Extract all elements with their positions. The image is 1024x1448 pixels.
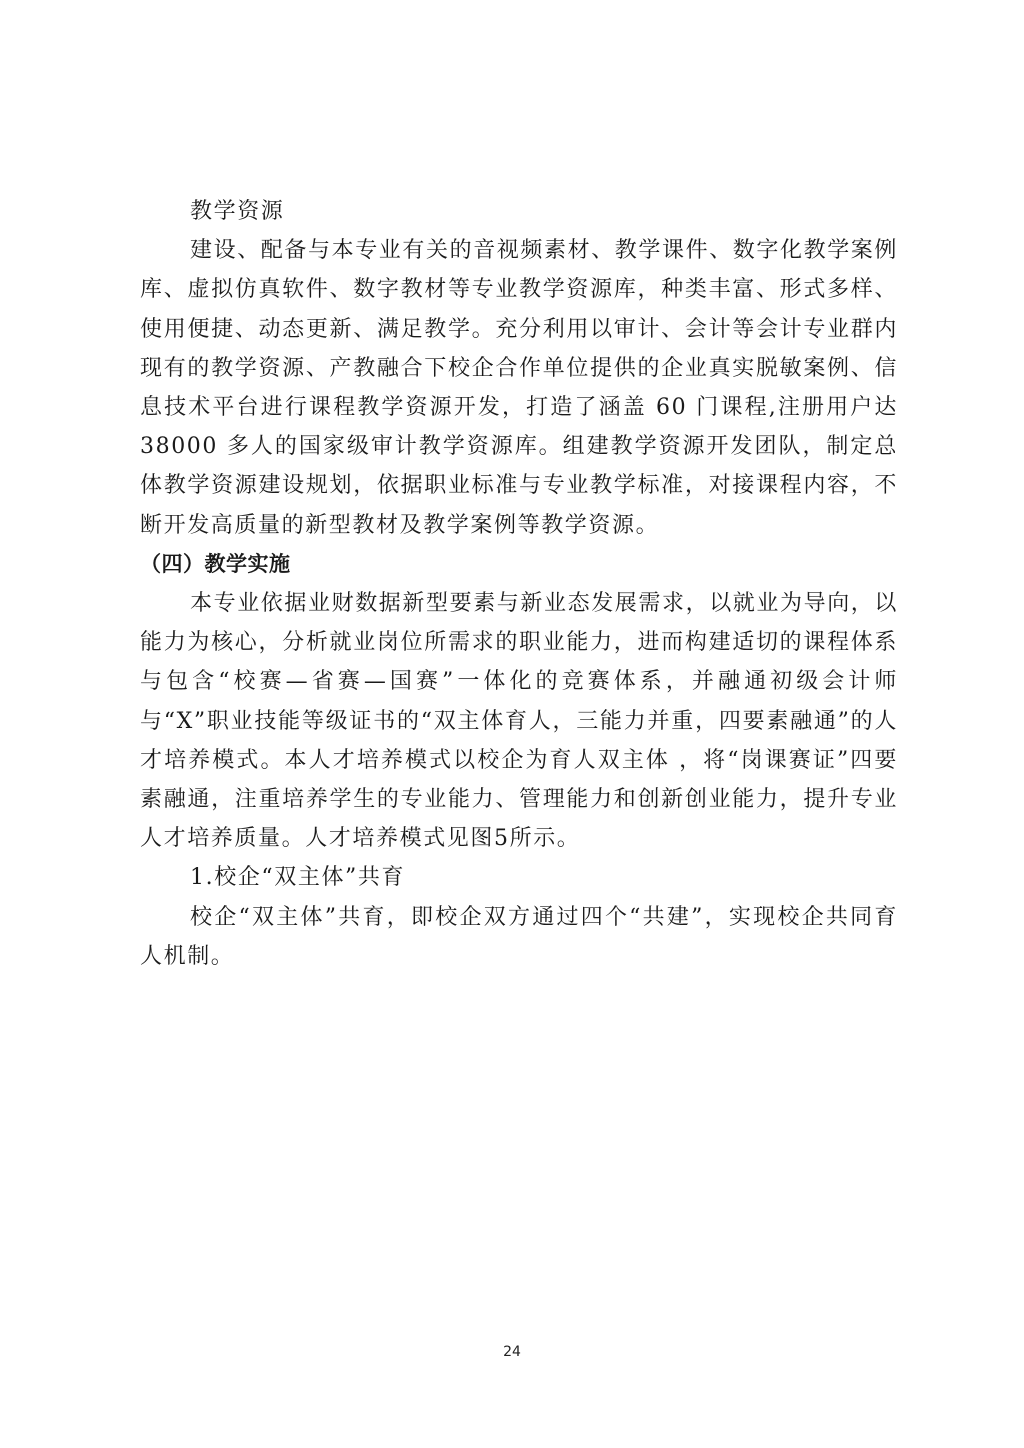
- teaching-resources-paragraph: 建设、配备与本专业有关的音视频素材、教学课件、数字化教学案例库、虚拟仿真软件、数…: [140, 231, 898, 545]
- subsection-one-paragraph: 校企“双主体”共育，即校企双方通过四个“共建”，实现校企共同育人机制。: [140, 898, 898, 976]
- subsection-one-heading: 1.校企“双主体”共育: [140, 858, 898, 897]
- section-four-paragraph: 本专业依据业财数据新型要素与新业态发展需求，以就业为导向，以能力为核心，分析就业…: [140, 584, 898, 858]
- section-four-heading: （四）教学实施: [140, 545, 898, 584]
- teaching-resources-title: 教学资源: [140, 192, 898, 231]
- document-page: 教学资源 建设、配备与本专业有关的音视频素材、教学课件、数字化教学案例库、虚拟仿…: [140, 192, 898, 976]
- page-number: 24: [0, 1344, 1024, 1360]
